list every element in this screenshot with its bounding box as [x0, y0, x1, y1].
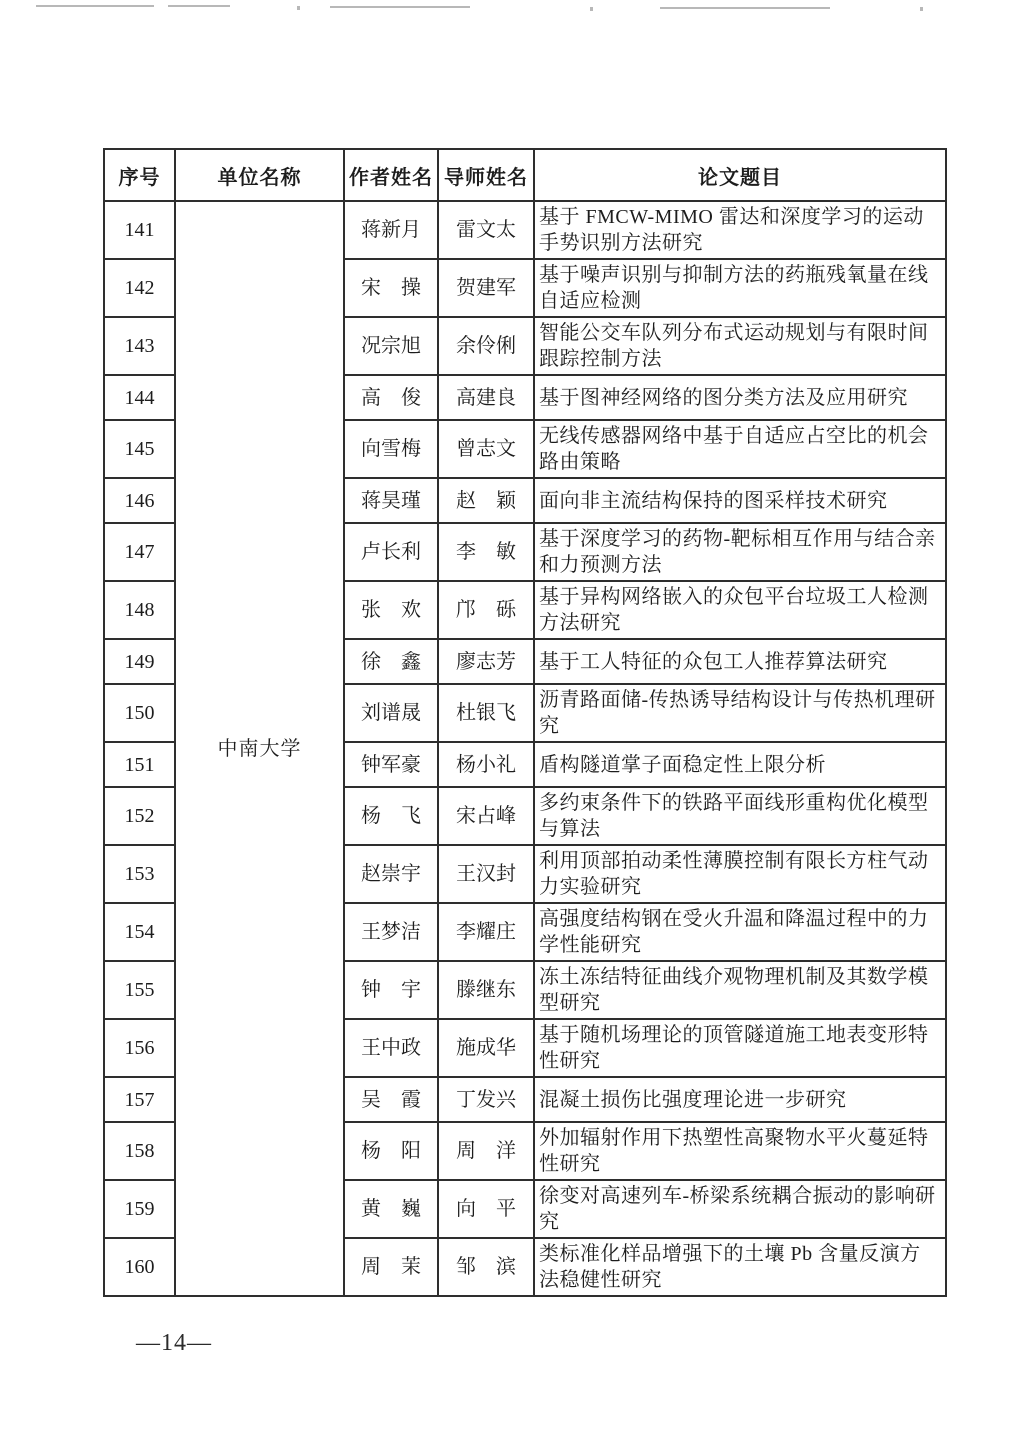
col-header-author: 作者姓名 — [344, 149, 438, 201]
thesis-title: 无线传感器网络中基于自适应占空比的机会路由策略 — [534, 420, 946, 478]
author-name: 徐 鑫 — [344, 639, 438, 684]
thesis-title: 基于异构网络嵌入的众包平台垃圾工人检测方法研究 — [534, 581, 946, 639]
author-name: 周 茉 — [344, 1238, 438, 1296]
row-number: 154 — [104, 903, 175, 961]
thesis-table: 序号 单位名称 作者姓名 导师姓名 论文题目 141 中南大学 蒋新月 雷文太 … — [103, 148, 947, 1297]
advisor-name: 曾志文 — [438, 420, 534, 478]
row-number: 142 — [104, 259, 175, 317]
table-row: 141 中南大学 蒋新月 雷文太 基于 FMCW-MIMO 雷达和深度学习的运动… — [104, 201, 946, 259]
thesis-title: 外加辐射作用下热塑性高聚物水平火蔓延特性研究 — [534, 1122, 946, 1180]
thesis-title: 利用顶部拍动柔性薄膜控制有限长方柱气动力实验研究 — [534, 845, 946, 903]
row-number: 150 — [104, 684, 175, 742]
col-header-title: 论文题目 — [534, 149, 946, 201]
row-number: 158 — [104, 1122, 175, 1180]
author-name: 高 俊 — [344, 375, 438, 420]
advisor-name: 向 平 — [438, 1180, 534, 1238]
row-number: 155 — [104, 961, 175, 1019]
advisor-name: 贺建军 — [438, 259, 534, 317]
scan-artifact — [330, 6, 470, 8]
thesis-title: 徐变对高速列车-桥梁系统耦合振动的影响研究 — [534, 1180, 946, 1238]
author-name: 张 欢 — [344, 581, 438, 639]
thesis-title: 基于噪声识别与抑制方法的药瓶残氧量在线自适应检测 — [534, 259, 946, 317]
thesis-title: 基于深度学习的药物-靶标相互作用与结合亲和力预测方法 — [534, 523, 946, 581]
document-page: 序号 单位名称 作者姓名 导师姓名 论文题目 141 中南大学 蒋新月 雷文太 … — [0, 0, 1024, 1448]
thesis-title: 基于随机场理论的顶管隧道施工地表变形特性研究 — [534, 1019, 946, 1077]
advisor-name: 邹 滨 — [438, 1238, 534, 1296]
thesis-title: 冻土冻结特征曲线介观物理机制及其数学模型研究 — [534, 961, 946, 1019]
row-number: 147 — [104, 523, 175, 581]
col-header-university: 单位名称 — [175, 149, 344, 201]
advisor-name: 丁发兴 — [438, 1077, 534, 1122]
thesis-title: 基于 FMCW-MIMO 雷达和深度学习的运动手势识别方法研究 — [534, 201, 946, 259]
thesis-title: 沥青路面储-传热诱导结构设计与传热机理研究 — [534, 684, 946, 742]
thesis-title: 智能公交车队列分布式运动规划与有限时间跟踪控制方法 — [534, 317, 946, 375]
author-name: 杨 阳 — [344, 1122, 438, 1180]
advisor-name: 邝 砾 — [438, 581, 534, 639]
row-number: 152 — [104, 787, 175, 845]
advisor-name: 李耀庄 — [438, 903, 534, 961]
author-name: 吴 霞 — [344, 1077, 438, 1122]
scan-artifact — [297, 6, 300, 10]
advisor-name: 高建良 — [438, 375, 534, 420]
author-name: 蒋新月 — [344, 201, 438, 259]
col-header-advisor: 导师姓名 — [438, 149, 534, 201]
row-number: 148 — [104, 581, 175, 639]
advisor-name: 施成华 — [438, 1019, 534, 1077]
author-name: 刘谱晟 — [344, 684, 438, 742]
advisor-name: 赵 颖 — [438, 478, 534, 523]
row-number: 153 — [104, 845, 175, 903]
row-number: 145 — [104, 420, 175, 478]
thesis-title: 混凝土损伤比强度理论进一步研究 — [534, 1077, 946, 1122]
thesis-title: 类标准化样品增强下的土壤 Pb 含量反演方法稳健性研究 — [534, 1238, 946, 1296]
row-number: 157 — [104, 1077, 175, 1122]
author-name: 杨 飞 — [344, 787, 438, 845]
author-name: 王梦洁 — [344, 903, 438, 961]
row-number: 156 — [104, 1019, 175, 1077]
advisor-name: 杜银飞 — [438, 684, 534, 742]
row-number: 151 — [104, 742, 175, 787]
author-name: 宋 操 — [344, 259, 438, 317]
author-name: 蒋昊瑾 — [344, 478, 438, 523]
author-name: 卢长利 — [344, 523, 438, 581]
thesis-title: 盾构隧道掌子面稳定性上限分析 — [534, 742, 946, 787]
scan-artifact — [590, 7, 593, 11]
col-header-no: 序号 — [104, 149, 175, 201]
author-name: 赵崇宇 — [344, 845, 438, 903]
advisor-name: 杨小礼 — [438, 742, 534, 787]
author-name: 黄 巍 — [344, 1180, 438, 1238]
advisor-name: 雷文太 — [438, 201, 534, 259]
thesis-title: 面向非主流结构保持的图采样技术研究 — [534, 478, 946, 523]
header-row: 序号 单位名称 作者姓名 导师姓名 论文题目 — [104, 149, 946, 201]
university-cell: 中南大学 — [175, 201, 344, 1296]
row-number: 141 — [104, 201, 175, 259]
author-name: 况宗旭 — [344, 317, 438, 375]
advisor-name: 周 洋 — [438, 1122, 534, 1180]
advisor-name: 滕继东 — [438, 961, 534, 1019]
row-number: 143 — [104, 317, 175, 375]
thesis-title: 高强度结构钢在受火升温和降温过程中的力学性能研究 — [534, 903, 946, 961]
row-number: 146 — [104, 478, 175, 523]
author-name: 钟军豪 — [344, 742, 438, 787]
scan-artifact — [168, 5, 230, 7]
author-name: 钟 宇 — [344, 961, 438, 1019]
row-number: 160 — [104, 1238, 175, 1296]
thesis-title: 基于工人特征的众包工人推荐算法研究 — [534, 639, 946, 684]
author-name: 王中政 — [344, 1019, 438, 1077]
page-number: —14— — [136, 1330, 212, 1357]
row-number: 159 — [104, 1180, 175, 1238]
advisor-name: 李 敏 — [438, 523, 534, 581]
scan-artifact — [920, 7, 923, 11]
author-name: 向雪梅 — [344, 420, 438, 478]
advisor-name: 廖志芳 — [438, 639, 534, 684]
row-number: 144 — [104, 375, 175, 420]
thesis-title: 基于图神经网络的图分类方法及应用研究 — [534, 375, 946, 420]
scan-artifact — [660, 7, 830, 9]
advisor-name: 余伶俐 — [438, 317, 534, 375]
scan-artifact — [36, 5, 154, 7]
advisor-name: 王汉封 — [438, 845, 534, 903]
row-number: 149 — [104, 639, 175, 684]
thesis-title: 多约束条件下的铁路平面线形重构优化模型与算法 — [534, 787, 946, 845]
advisor-name: 宋占峰 — [438, 787, 534, 845]
